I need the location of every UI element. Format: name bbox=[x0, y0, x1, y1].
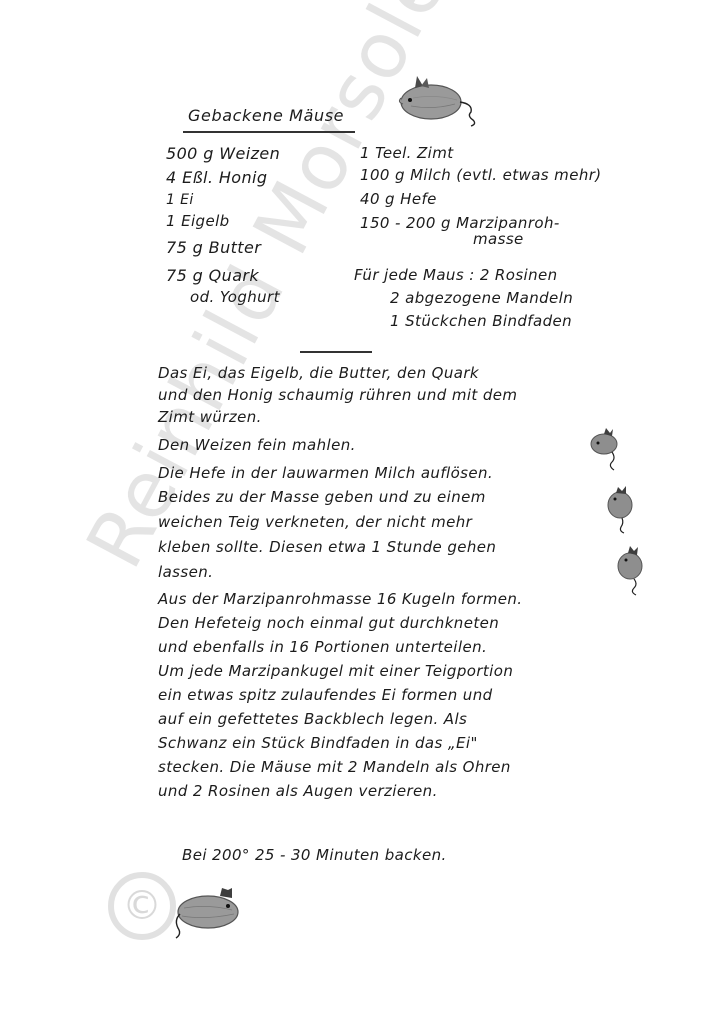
baking-instructions: Bei 200° 25 - 30 Minuten backen. bbox=[182, 846, 447, 864]
instruction-line: Den Hefeteig noch einmal gut durchkneten bbox=[158, 614, 499, 632]
mouse-icon bbox=[588, 426, 622, 472]
mouse-icon bbox=[172, 884, 244, 940]
ingredient-item: 1 Teel. Zimt bbox=[360, 144, 454, 162]
instruction-line: kleben sollte. Diesen etwa 1 Stunde gehe… bbox=[158, 538, 496, 556]
ingredient-item: 4 Eßl. Honig bbox=[166, 168, 267, 187]
instruction-line: auf ein gefettetes Backblech legen. Als bbox=[158, 710, 467, 728]
copyright-icon: © bbox=[108, 872, 176, 940]
instruction-line: ein etwas spitz zulaufendes Ei formen un… bbox=[158, 686, 493, 704]
instruction-line: und 2 Rosinen als Augen verzieren. bbox=[158, 782, 438, 800]
ingredient-item: 2 abgezogene Mandeln bbox=[390, 289, 573, 307]
ingredient-item: 75 g Quark bbox=[166, 266, 259, 285]
instruction-line: und den Honig schaumig rühren und mit de… bbox=[158, 386, 517, 404]
recipe-title: Gebackene Mäuse bbox=[188, 106, 344, 125]
instruction-line: lassen. bbox=[158, 563, 213, 581]
mouse-icon bbox=[614, 544, 648, 596]
instruction-line: Das Ei, das Eigelb, die Butter, den Quar… bbox=[158, 364, 479, 382]
ingredient-item: od. Yoghurt bbox=[190, 288, 280, 306]
mouse-icon bbox=[604, 485, 638, 535]
ingredient-item: masse bbox=[473, 230, 524, 248]
instruction-line: Zimt würzen. bbox=[158, 408, 262, 426]
instruction-line: Die Hefe in der lauwarmen Milch auflösen… bbox=[158, 464, 493, 482]
instruction-line: Schwanz ein Stück Bindfaden in das „Ei" bbox=[158, 734, 478, 752]
instruction-line: Den Weizen fein mahlen. bbox=[158, 436, 356, 454]
ingredient-item: 1 Eigelb bbox=[166, 212, 230, 230]
ingredient-item: 1 Ei bbox=[166, 192, 194, 208]
title-underline bbox=[183, 131, 355, 133]
ingredient-item: 40 g Hefe bbox=[360, 190, 437, 208]
instruction-line: und ebenfalls in 16 Portionen unterteile… bbox=[158, 638, 487, 656]
ingredient-item: 1 Stückchen Bindfaden bbox=[390, 312, 572, 330]
instruction-line: Um jede Marzipankugel mit einer Teigport… bbox=[158, 662, 513, 680]
section-divider bbox=[300, 351, 372, 353]
mouse-icon bbox=[393, 70, 485, 130]
ingredient-item: Für jede Maus : 2 Rosinen bbox=[354, 266, 558, 284]
ingredient-item: 150 - 200 g Marzipanroh- bbox=[360, 214, 560, 232]
instruction-line: weichen Teig verkneten, der nicht mehr bbox=[158, 513, 472, 531]
ingredient-item: 500 g Weizen bbox=[166, 144, 280, 163]
instruction-line: stecken. Die Mäuse mit 2 Mandeln als Ohr… bbox=[158, 758, 511, 776]
instruction-line: Beides zu der Masse geben und zu einem bbox=[158, 488, 486, 506]
ingredient-item: 100 g Milch (evtl. etwas mehr) bbox=[360, 166, 602, 184]
instruction-line: Aus der Marzipanrohmasse 16 Kugeln forme… bbox=[158, 590, 522, 608]
ingredient-item: 75 g Butter bbox=[166, 238, 261, 257]
